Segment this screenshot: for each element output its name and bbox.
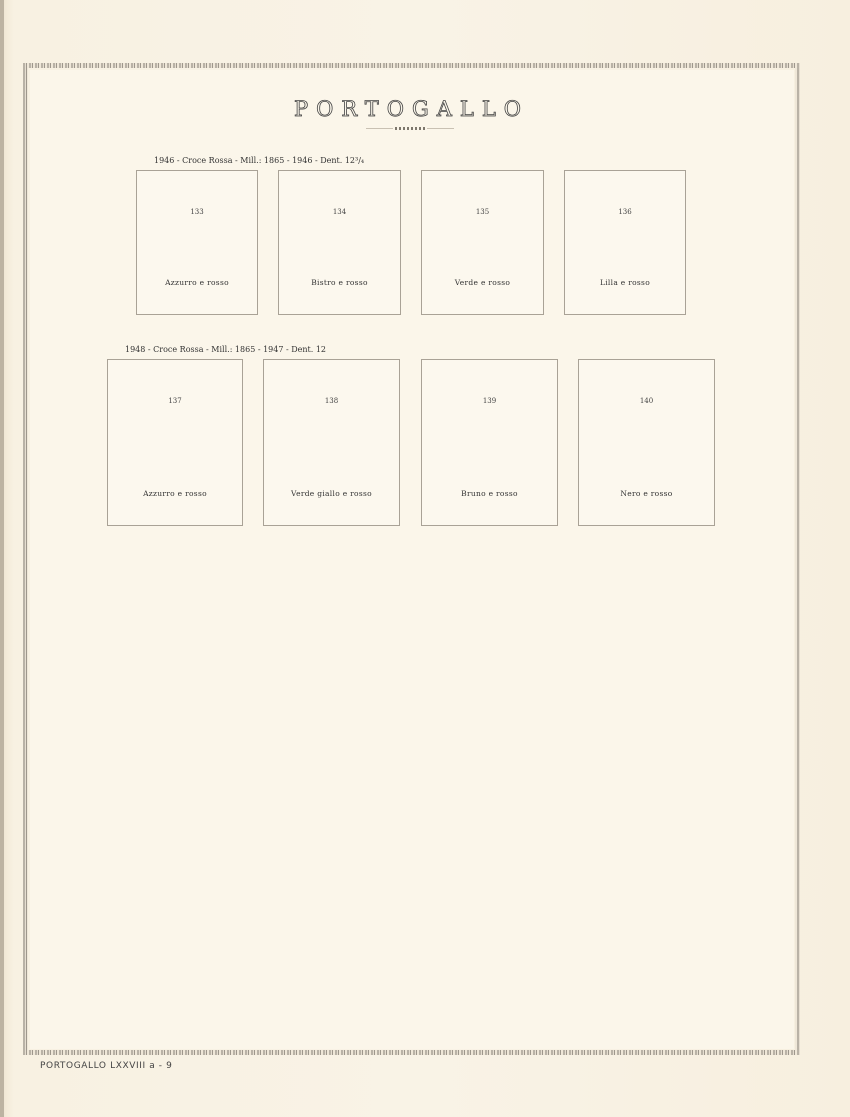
stamp-color-label: Nero e rosso — [579, 489, 714, 498]
stamp-slot-136[interactable]: 136 Lilla e rosso — [564, 170, 686, 315]
stamp-color-label: Azzurro e rosso — [137, 278, 257, 287]
stamp-color-label: Azzurro e rosso — [108, 489, 242, 498]
stamp-number: 135 — [422, 208, 543, 216]
page-footer-reference: PORTOGALLO LXXVIII a - 9 — [40, 1061, 172, 1071]
stamp-number: 136 — [565, 208, 685, 216]
stamp-number: 133 — [137, 208, 257, 216]
stamp-color-label: Lilla e rosso — [565, 278, 685, 287]
stamp-number: 138 — [264, 397, 399, 405]
stamp-slot-135[interactable]: 135 Verde e rosso — [421, 170, 544, 315]
page-title: PORTOGALLO — [0, 97, 823, 121]
stamp-slot-137[interactable]: 137 Azzurro e rosso — [107, 359, 243, 526]
ornament-line-left — [366, 128, 393, 129]
stamp-number: 139 — [422, 397, 557, 405]
title-ornament-divider — [366, 127, 454, 129]
stamp-slot-139[interactable]: 139 Bruno e rosso — [421, 359, 558, 526]
stamp-number: 140 — [579, 397, 714, 405]
stamp-color-label: Bistro e rosso — [279, 278, 400, 287]
stamp-slot-138[interactable]: 138 Verde giallo e rosso — [263, 359, 400, 526]
stamp-slot-140[interactable]: 140 Nero e rosso — [578, 359, 715, 526]
binding-edge — [0, 0, 4, 1117]
stamp-color-label: Verde e rosso — [422, 278, 543, 287]
ornament-line-right — [427, 128, 454, 129]
stamp-color-label: Bruno e rosso — [422, 489, 557, 498]
section-heading-1946: 1946 - Croce Rossa - Mill.: 1865 - 1946 … — [154, 156, 364, 165]
stamp-slot-134[interactable]: 134 Bistro e rosso — [278, 170, 401, 315]
stamp-number: 134 — [279, 208, 400, 216]
section-heading-1948: 1948 - Croce Rossa - Mill.: 1865 - 1947 … — [125, 345, 326, 354]
stamp-slot-133[interactable]: 133 Azzurro e rosso — [136, 170, 258, 315]
stamp-number: 137 — [108, 397, 242, 405]
ornament-flourish-icon — [395, 127, 425, 130]
stamp-color-label: Verde giallo e rosso — [264, 489, 399, 498]
